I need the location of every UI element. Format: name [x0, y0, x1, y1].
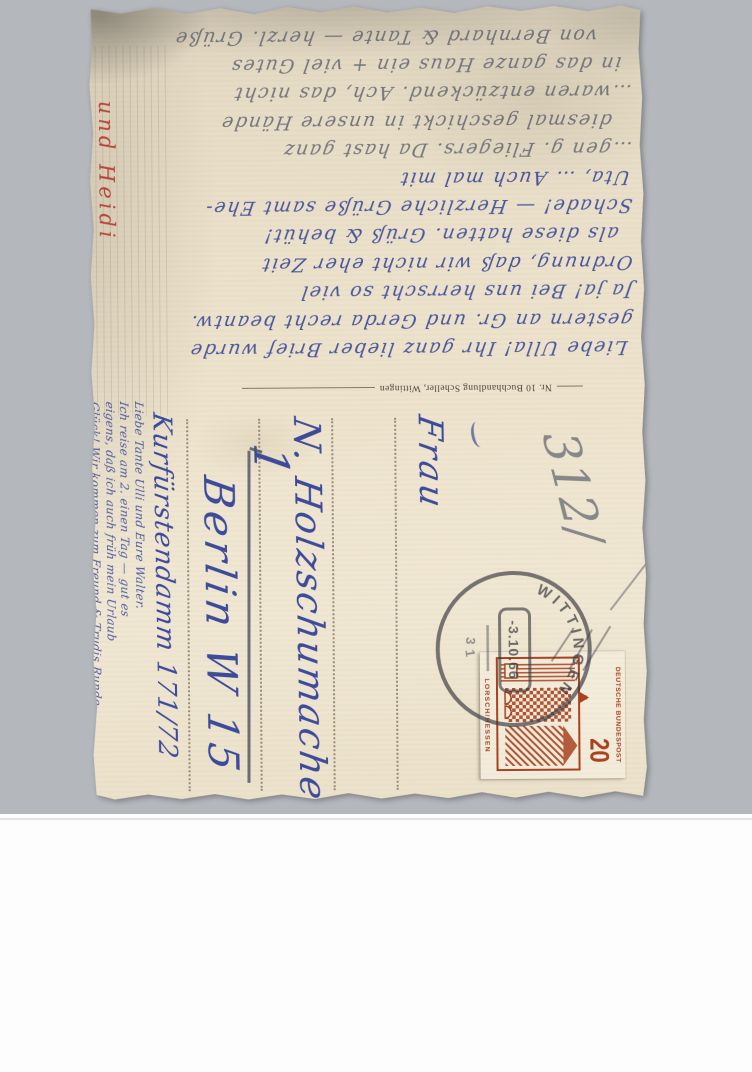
dotted-address-line: [331, 418, 336, 790]
recipient-city-prefix: 1: [242, 440, 299, 479]
message-line: als diese hatten. Grüß & behüt!: [97, 216, 621, 248]
recipient-name: N. Holzschumacher: [285, 415, 335, 825]
margin-message: Liebe Tante Ulli und Eure Walter. Ich re…: [88, 402, 149, 800]
recipient-city: Berlin W 15: [194, 473, 248, 778]
imprint-rule-left: [557, 386, 583, 387]
message-line: Uta, … Auch mal mit: [96, 159, 632, 191]
message-line: diesmal geschickt in unsere Hände: [96, 103, 614, 135]
margin-message-line: Ich reise am 2. einen Tag — gut es: [117, 401, 134, 801]
imprint-rule-right: [242, 387, 375, 389]
cancel-strike-marks: [548, 622, 608, 682]
publisher-imprint-text: Nr. 10 Buchhandlung Scheller, Wittingen: [379, 382, 552, 393]
message-side: Nr. 10 Buchhandlung Scheller, Wittingen …: [87, 2, 646, 395]
dotted-address-line: [258, 419, 263, 791]
message-line: gestern an Gr. und Gerda recht beantw.: [97, 301, 635, 333]
postcard-paper: Nr. 10 Buchhandlung Scheller, Wittingen …: [87, 2, 649, 803]
postage-stamp: DEUTSCHE BUNDESPOST 20: [480, 651, 626, 779]
svg-text:WITTINGEN: WITTINGEN: [534, 581, 588, 701]
address-side: Frau N. Holzschumacher 1 Berlin W 15 Kur…: [90, 390, 649, 800]
stamp-value: 20: [583, 738, 614, 763]
message-line: Ja ja! Bei uns herrscht so viel: [97, 273, 635, 305]
message-line: Schade! — Herzliche Grüße samt Ehe-: [96, 188, 634, 220]
page-divider-line: [0, 818, 752, 820]
red-margin-note: und Heidi: [94, 101, 120, 333]
margin-message-line: Liebe Tante Ulli und Eure Walter.: [131, 401, 148, 801]
message-line: …waren entzückend. Ach, das nicht: [96, 74, 634, 106]
message-line: in das ganze Haus ein + viel Gutes: [95, 46, 623, 78]
postcard: Nr. 10 Buchhandlung Scheller, Wittingen …: [87, 2, 649, 803]
message-line: Liebe Ulla! Ihr ganz lieber Brief wurde: [97, 330, 629, 362]
stamp-motif-lorsch-gatehouse: [493, 655, 590, 775]
message-line: von Bernhard & Tante — herzl. Grüße: [95, 18, 599, 50]
dotted-address-line: [394, 418, 399, 790]
svg-text:31: 31: [462, 636, 479, 663]
handwritten-message: Liebe Ulla! Ihr ganz lieber Brief wurde …: [97, 17, 633, 361]
postmark-date: -3.10.66: [506, 620, 522, 679]
message-line: Ordnung, daß wir nicht eher Zeit: [97, 245, 635, 277]
handwritten-underline: [248, 451, 251, 783]
stamp-subject-text: LORSCH/HESSEN: [483, 656, 491, 775]
dotted-address-line: [186, 419, 191, 791]
recipient-title: Frau: [410, 412, 452, 513]
postmark: WITTINGEN 31 -3.10.66: [431, 566, 596, 731]
postmark-bottom-code: 31: [462, 636, 479, 663]
scanned-postcard-page: Nr. 10 Buchhandlung Scheller, Wittingen …: [0, 0, 752, 1072]
pen-flourish: [469, 420, 488, 448]
stamp-country-text: DEUTSCHE BUNDESPOST: [614, 655, 622, 774]
postmark-town: WITTINGEN: [534, 581, 588, 701]
margin-message-line: eigens, daß ich auch früh mein Urlaub: [102, 401, 119, 801]
pencil-dealer-number: 312/: [530, 428, 615, 548]
recipient-street: Kurfürstendamm 171/72: [146, 411, 182, 761]
publisher-imprint: Nr. 10 Buchhandlung Scheller, Wittingen: [242, 381, 583, 393]
message-line: …gen g. Fliegers. Da hast ganz: [96, 131, 634, 163]
